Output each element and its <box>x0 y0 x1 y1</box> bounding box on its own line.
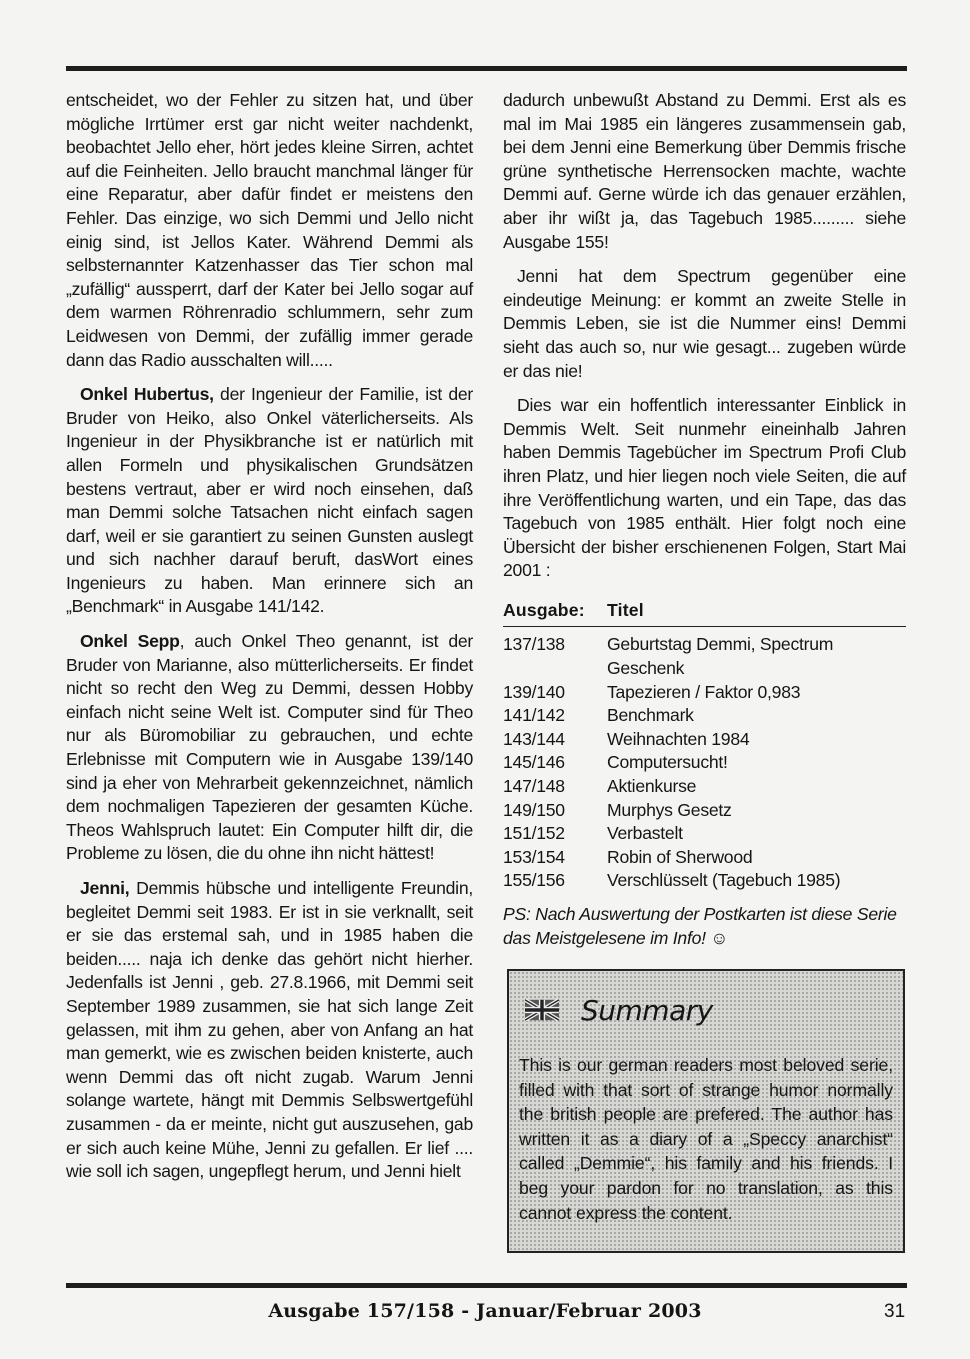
toc-header: Ausgabe: Titel <box>503 599 906 628</box>
name-onkel-sepp: Onkel Sepp <box>80 631 180 651</box>
paragraph-jello-continued: entscheidet, wo der Fehler zu sitzen hat… <box>66 89 473 372</box>
toc-row: 139/140Tapezieren / Faktor 0,983 <box>503 681 906 705</box>
name-jenni: Jenni, <box>80 878 129 898</box>
paragraph-onkel-sepp: Onkel Sepp, auch Onkel Theo genannt, ist… <box>66 630 473 866</box>
bottom-rule <box>66 1283 907 1288</box>
toc-row: 141/142Benchmark <box>503 704 906 728</box>
toc-row: 155/156Verschlüsselt (Tagebuch 1985) <box>503 869 906 893</box>
toc-row: 147/148Aktienkurse <box>503 775 906 799</box>
summary-text: This is our german readers most beloved … <box>519 1053 893 1225</box>
name-onkel-hubertus: Onkel Hubertus, <box>80 384 214 404</box>
toc-row: 145/146Computersucht! <box>503 751 906 775</box>
paragraph-spectrum-opinion: Jenni hat dem Spectrum gegenüber eine ei… <box>503 265 906 383</box>
summary-box: Summary This is our german readers most … <box>507 969 905 1253</box>
postscript-note: PS: Nach Auswertung der Postkarten ist d… <box>503 903 906 950</box>
paragraph-jenni-continued: dadurch unbewußt Abstand zu Demmi. Erst … <box>503 89 906 254</box>
toc-row: 143/144Weihnachten 1984 <box>503 728 906 752</box>
top-rule <box>66 66 907 71</box>
toc-header-issue: Ausgabe: <box>503 599 607 623</box>
footer-issue-line: Ausgabe 157/158 - Januar/Februar 2003 <box>0 1300 970 1322</box>
uk-flag-icon <box>525 999 559 1021</box>
summary-header: Summary <box>519 989 893 1031</box>
paragraph-jenni: Jenni, Demmis hübsche und intelligente F… <box>66 877 473 1184</box>
toc-row: 149/150Murphys Gesetz <box>503 799 906 823</box>
toc-row: 153/154Robin of Sherwood <box>503 846 906 870</box>
left-column: entscheidet, wo der Fehler zu sitzen hat… <box>66 89 473 1195</box>
summary-title: Summary <box>581 994 713 1027</box>
toc-row: 151/152Verbastelt <box>503 822 906 846</box>
right-column: dadurch unbewußt Abstand zu Demmi. Erst … <box>503 89 906 950</box>
paragraph-onkel-hubertus: Onkel Hubertus, der Ingenieur der Famili… <box>66 383 473 619</box>
paragraph-overview-intro: Dies war ein hoffentlich interessanter E… <box>503 394 906 583</box>
page-number: 31 <box>884 1301 905 1323</box>
toc-list: 137/138Geburtstag Demmi, Spectrum Gesche… <box>503 633 906 893</box>
toc-header-title: Titel <box>607 599 644 623</box>
toc-row: 137/138Geburtstag Demmi, Spectrum Gesche… <box>503 633 906 680</box>
